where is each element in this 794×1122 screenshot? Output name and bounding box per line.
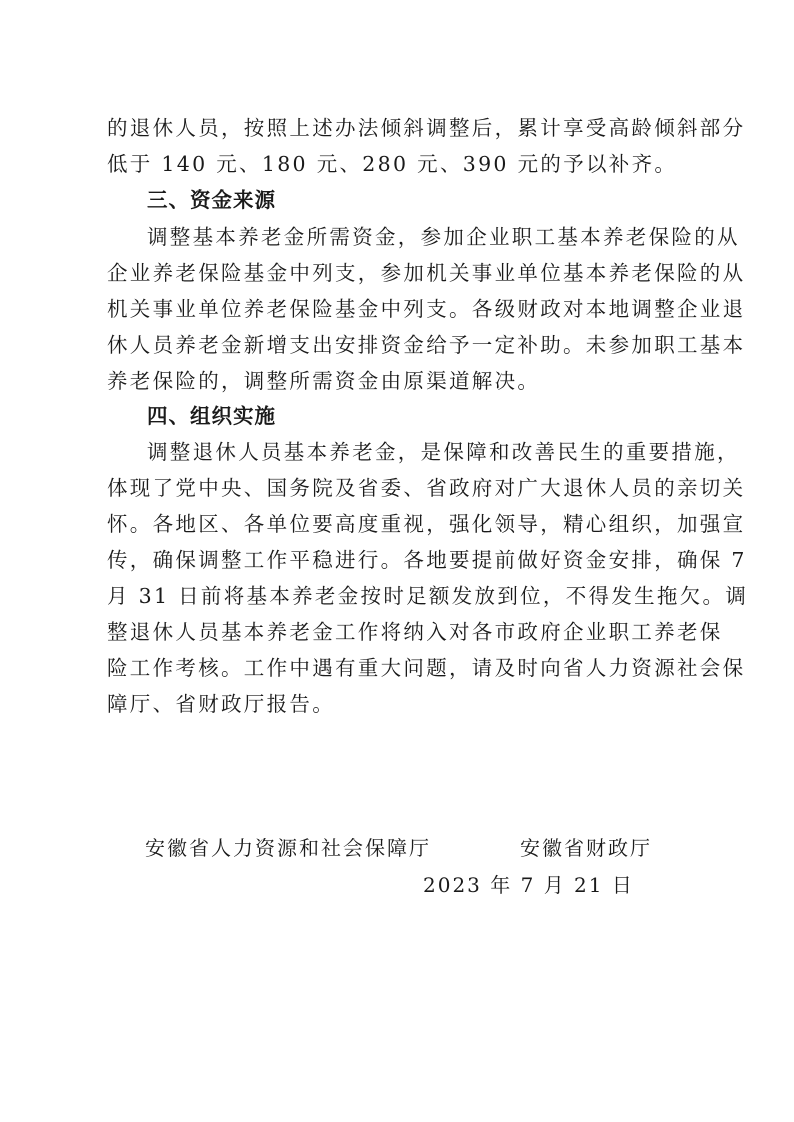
paragraph-line: 体现了党中央、国务院及省委、省政府对广大退休人员的亲切关 [107,473,701,503]
issue-date: 2023 年 7 月 21 日 [423,870,634,900]
paragraph-line: 机关事业单位养老保险基金中列支。各级财政对本地调整企业退 [107,294,701,324]
issuer-finance-department: 安徽省财政厅 [520,833,652,863]
paragraph-line: 障厅、省财政厅报告。 [107,689,701,719]
paragraph-line: 传，确保调整工作平稳进行。各地要提前做好资金安排，确保 7 [107,545,701,575]
paragraph-line: 调整基本养老金所需资金，参加企业职工基本养老保险的从 [147,222,701,252]
paragraph-line: 休人员养老金新增支出安排资金给予一定补助。未参加职工基本 [107,330,701,360]
paragraph-line: 整退休人员基本养老金工作将纳入对各市政府企业职工养老保 [107,617,701,647]
paragraph-line: 的退休人员，按照上述办法倾斜调整后，累计享受高龄倾斜部分 [107,113,701,143]
paragraph-line: 月 31 日前将基本养老金按时足额发放到位，不得发生拖欠。调 [107,581,701,611]
section-heading-funding: 三、资金来源 [147,185,701,215]
document-page: 的退休人员，按照上述办法倾斜调整后，累计享受高龄倾斜部分 低于 140 元、18… [0,0,794,1122]
paragraph-line: 险工作考核。工作中遇有重大问题，请及时向省人力资源社会保 [107,653,701,683]
paragraph-line: 企业养老保险基金中列支，参加机关事业单位基本养老保险的从 [107,258,701,288]
paragraph-line: 低于 140 元、180 元、280 元、390 元的予以补齐。 [107,149,701,179]
section-heading-implementation: 四、组织实施 [147,401,701,431]
paragraph-line: 怀。各地区、各单位要高度重视，强化领导，精心组织，加强宣 [107,509,701,539]
paragraph-line: 调整退休人员基本养老金，是保障和改善民生的重要措施， [147,437,701,467]
issuer-hrss-department: 安徽省人力资源和社会保障厅 [145,833,431,863]
paragraph-line: 养老保险的，调整所需资金由原渠道解决。 [107,366,701,396]
